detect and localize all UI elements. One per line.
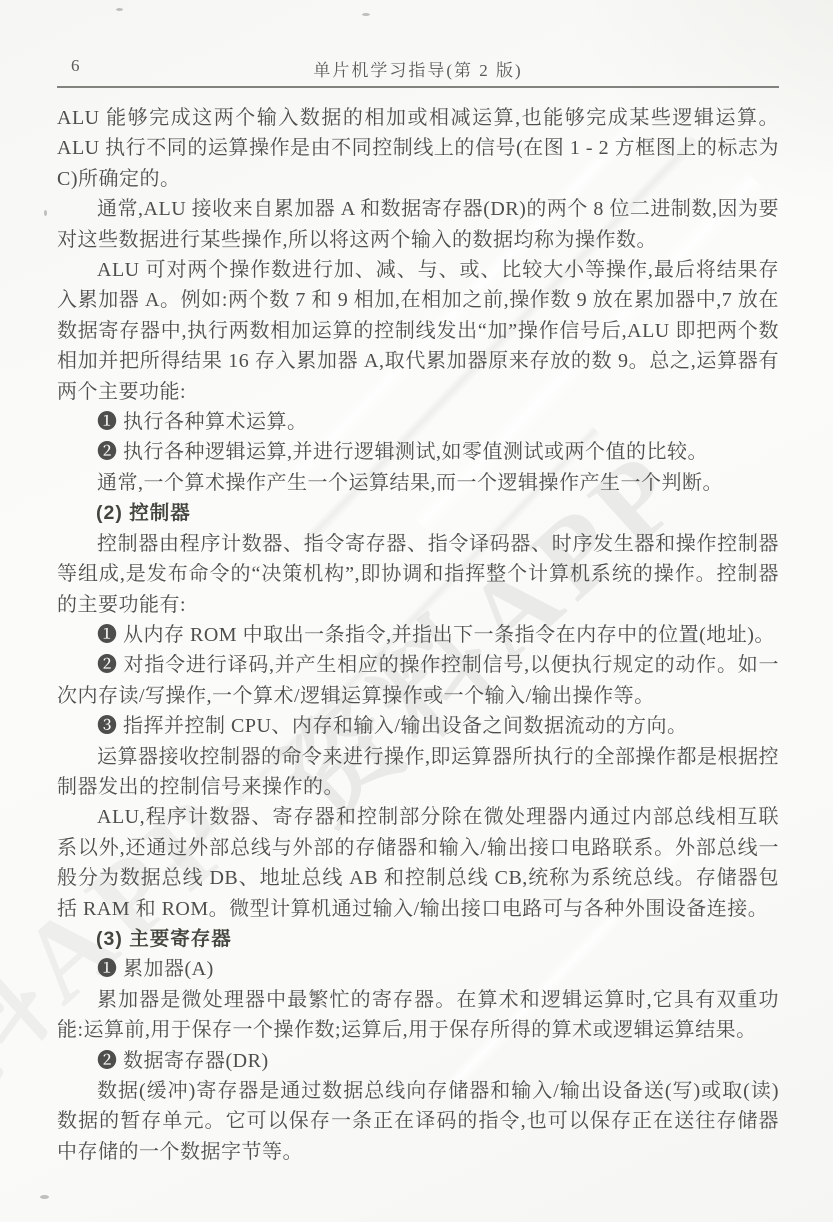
scan-speck (40, 1195, 49, 1199)
paragraph: ALU 可对两个操作数进行加、减、与、或、比较大小等操作,最后将结果存入累加器 … (57, 255, 779, 407)
list-item: ❸ 指挥并控制 CPU、内存和输入/输出设备之间数据流动的方向。 (57, 711, 779, 741)
running-title: 单片机学习指导(第 2 版) (57, 56, 779, 81)
paragraph: 控制器由程序计数器、指令寄存器、指令译码器、时序发生器和操作控制器等组成,是发布… (57, 529, 779, 620)
list-item: ❷ 对指令进行译码,并产生相应的操作控制信号,以便执行规定的动作。如一次内存读/… (57, 650, 779, 711)
section-heading: (3) 主要寄存器 (57, 924, 779, 954)
scan-speck (362, 13, 370, 16)
list-item: ❶ 执行各种算术运算。 (57, 407, 779, 437)
paragraph: ALU 能够完成这两个输入数据的相加或相减运算,也能够完成某些逻辑运算。ALU … (57, 103, 779, 194)
paragraph: 通常,一个算术操作产生一个运算结果,而一个逻辑操作产生一个判断。 (57, 468, 779, 498)
list-item: ❶ 累加器(A) (57, 954, 779, 984)
list-item: ❷ 执行各种逻辑运算,并进行逻辑测试,如零值测试或两个值的比较。 (57, 437, 779, 467)
list-item: ❶ 从内存 ROM 中取出一条指令,并指出下一条指令在内存中的位置(地址)。 (57, 620, 779, 650)
section-heading: (2) 控制器 (57, 498, 779, 528)
list-item: ❷ 数据寄存器(DR) (57, 1046, 779, 1076)
paragraph: 数据(缓冲)寄存器是通过数据总线向存储器和输入/输出设备送(写)或取(读)数据的… (57, 1076, 779, 1167)
scan-speck (116, 8, 123, 11)
page-body: ALU 能够完成这两个输入数据的相加或相减运算,也能够完成某些逻辑运算。ALU … (57, 103, 779, 1167)
scan-speck (44, 210, 47, 216)
running-head: 6 单片机学习指导(第 2 版) (57, 52, 779, 88)
book-page: 资料APP 资料APP 6 单片机学习指导(第 2 版) ALU 能够完成这两个… (0, 0, 833, 1222)
paragraph: ALU,程序计数器、寄存器和控制部分除在微处理器内通过内部总线相互联系以外,还通… (57, 802, 779, 924)
paragraph: 运算器接收控制器的命令来进行操作,即运算器所执行的全部操作都是根据控制器发出的控… (57, 742, 779, 803)
paragraph: 通常,ALU 接收来自累加器 A 和数据寄存器(DR)的两个 8 位二进制数,因… (57, 194, 779, 255)
paragraph: 累加器是微处理器中最繁忙的寄存器。在算术和逻辑运算时,它具有双重功能:运算前,用… (57, 985, 779, 1046)
